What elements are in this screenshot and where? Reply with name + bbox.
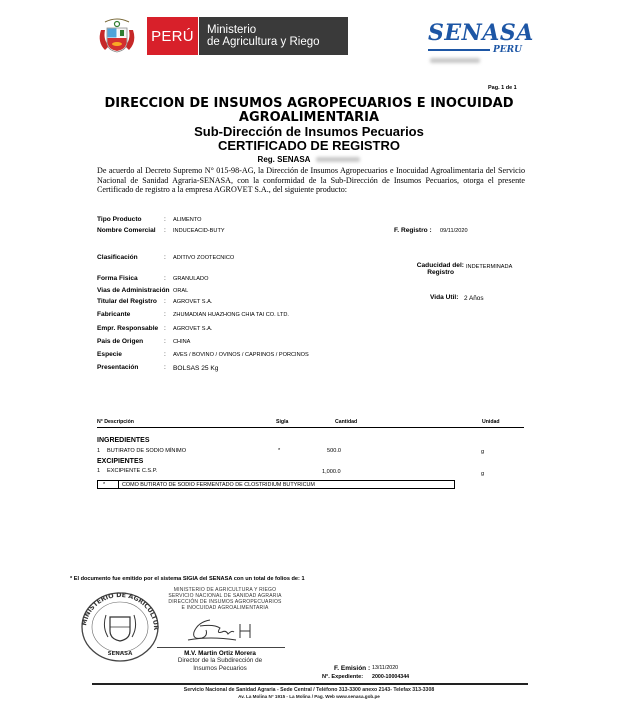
field-value: AVES / BOVINO / OVINOS / CAPRINOS / PORC… bbox=[173, 352, 309, 358]
expediente-value: 2000-10004344 bbox=[372, 674, 409, 680]
ingredient-unidad: g bbox=[481, 449, 484, 455]
vida-util-value: 2 Años bbox=[464, 295, 484, 302]
vida-util-label: Vida Util: bbox=[430, 294, 458, 301]
group-title-excipientes: EXCIPIENTES bbox=[97, 458, 143, 465]
field-value: BOLSAS 25 Kg bbox=[173, 365, 218, 372]
ministry-brand-block: Ministerio de Agricultura y Riego bbox=[199, 17, 348, 55]
field-value: ADITIVO ZOOTECNICO bbox=[173, 255, 234, 261]
reg-label: Reg. SENASA bbox=[258, 155, 311, 164]
excipient-unidad: g bbox=[481, 471, 484, 477]
peru-coat-of-arms-icon bbox=[97, 16, 137, 56]
emision-value: 13/11/2020 bbox=[372, 665, 398, 671]
field-colon: : bbox=[164, 298, 166, 305]
excipient-no: 1 bbox=[97, 468, 100, 474]
title-line-2: AGROALIMENTARIA bbox=[0, 111, 618, 125]
caducidad-value: INDETERMINADA bbox=[466, 264, 512, 270]
field-label: Clasificación bbox=[97, 254, 138, 261]
field-colon: : bbox=[164, 364, 166, 371]
field-value: AGROVET S.A. bbox=[173, 299, 212, 305]
registro-date-label: F. Registro : bbox=[394, 227, 432, 234]
emision-label: F. Emisión : bbox=[334, 665, 370, 672]
field-label: Tipo Producto bbox=[97, 216, 142, 223]
issuing-stamp: MINISTERIO DE AGRICULTURA Y RIEGO SERVIC… bbox=[160, 587, 290, 611]
col-header-no-descripcion: N° Descripción bbox=[97, 419, 134, 425]
composition-note: * COMO BUTIRATO DE SODIO FERMENTADO DE C… bbox=[97, 480, 455, 489]
address-line-2: Av. La Molina N° 1915 - La Molina / Pag.… bbox=[0, 694, 618, 700]
title-line-1: DIRECCION DE INSUMOS AGROPECUARIOS E INO… bbox=[0, 97, 618, 111]
field-value: GRANULADO bbox=[173, 276, 208, 282]
seal-bottom-text: SENASA bbox=[108, 651, 134, 657]
field-value: ORAL bbox=[173, 288, 188, 294]
table-header-rule bbox=[97, 427, 524, 428]
field-colon: : bbox=[164, 275, 166, 282]
field-value: INDUCEACID-BUTY bbox=[173, 228, 225, 234]
field-label: Forma Fisica bbox=[97, 275, 138, 282]
field-label: Especie bbox=[97, 351, 122, 358]
senasa-logo: SENASA PERU bbox=[428, 22, 528, 62]
field-value: CHINA bbox=[173, 339, 190, 345]
sigia-note: * El documento fue emitido por el sistem… bbox=[70, 576, 305, 582]
field-colon: : bbox=[164, 287, 166, 294]
certificate-title: CERTIFICADO DE REGISTRO bbox=[0, 138, 618, 153]
field-label: Fabricante bbox=[97, 311, 130, 318]
field-colon: : bbox=[164, 351, 166, 358]
peru-label: PERÚ bbox=[151, 28, 194, 45]
field-colon: : bbox=[164, 325, 166, 332]
col-header-unidad: Unidad bbox=[482, 419, 500, 425]
field-label: Empr. Responsable bbox=[97, 325, 158, 332]
ingredient-no: 1 bbox=[97, 448, 100, 454]
caducidad-label-line-1: Caducidad del: bbox=[400, 262, 464, 269]
note-separator bbox=[118, 481, 119, 488]
col-header-sigla: Sigla bbox=[276, 419, 288, 425]
senasa-country: PERU bbox=[493, 45, 522, 55]
field-value: ALIMENTO bbox=[173, 217, 202, 223]
signer-title-2: Insumos Pecuarios bbox=[150, 665, 290, 672]
col-header-cantidad: Cantidad bbox=[335, 419, 357, 425]
field-label: Titular del Registro bbox=[97, 298, 157, 305]
field-colon: : bbox=[164, 216, 166, 223]
senasa-registration: Reg. SENASA bbox=[0, 155, 618, 164]
peru-brand-block: PERÚ bbox=[147, 17, 198, 55]
excipient-description: EXCIPIENTE C.S.P. bbox=[107, 468, 157, 474]
field-colon: : bbox=[164, 338, 166, 345]
ingredient-description: BUTIRATO DE SODIO MÍNIMO bbox=[107, 448, 186, 454]
field-label: Pais de Origen bbox=[97, 338, 143, 345]
senasa-wordmark: SENASA bbox=[428, 22, 528, 44]
signer-block: M.V. Martin Ortiz Morera Director de la … bbox=[150, 650, 290, 672]
intro-paragraph: De acuerdo al Decreto Supremo N° 015-98-… bbox=[97, 166, 525, 195]
signer-title-1: Director de la Subdirección de bbox=[150, 657, 290, 664]
senasa-logo-rule bbox=[428, 49, 490, 51]
note-mark: * bbox=[103, 482, 105, 488]
field-value: AGROVET S.A. bbox=[173, 326, 212, 332]
caducidad-label-line-2: Registro bbox=[400, 269, 454, 276]
stamp-line-4: E INOCUIDAD AGROALIMENTARIA bbox=[160, 605, 290, 611]
field-colon: : bbox=[164, 311, 166, 318]
note-text: COMO BUTIRATO DE SODIO FERMENTADO DE CLO… bbox=[122, 482, 315, 488]
redacted-reg-number bbox=[316, 157, 360, 162]
field-label: Vias de Administración bbox=[97, 287, 170, 294]
signature-line bbox=[157, 647, 285, 648]
field-label: Presentación bbox=[97, 364, 138, 371]
address-line-1: Servicio Nacional de Sanidad Agraria - S… bbox=[0, 687, 618, 693]
redacted-code bbox=[430, 58, 480, 63]
footer-rule bbox=[92, 683, 528, 685]
field-colon: : bbox=[164, 254, 166, 261]
registro-date-value: 09/11/2020 bbox=[440, 228, 468, 234]
subdirection-title: Sub-Dirección de Insumos Pecuarios bbox=[0, 124, 618, 139]
seal-arc-text: MINISTERIO DE AGRICULTURA Y RIEGO bbox=[76, 589, 160, 630]
page-indicator: Pag. 1 de 1 bbox=[488, 85, 517, 91]
group-title-ingredientes: INGREDIENTES bbox=[97, 437, 150, 444]
ingredient-cantidad: 500.0 bbox=[327, 448, 341, 454]
expediente-label: N°. Expediente: bbox=[322, 674, 363, 680]
excipient-cantidad: 1,000.0 bbox=[322, 469, 341, 475]
field-colon: : bbox=[164, 227, 166, 234]
ingredient-sigla: * bbox=[278, 448, 280, 454]
ministry-line-1: Ministerio bbox=[207, 24, 348, 36]
field-value: ZHUMADIAN HUAZHONG CHIA TAI CO. LTD. bbox=[173, 312, 289, 318]
signature-icon bbox=[180, 618, 260, 644]
caducidad-label: Caducidad del: Registro bbox=[400, 262, 464, 276]
svg-text:MINISTERIO DE AGRICULTURA Y RI: MINISTERIO DE AGRICULTURA Y RIEGO bbox=[76, 589, 160, 630]
signer-name: M.V. Martin Ortiz Morera bbox=[184, 650, 256, 657]
ministry-line-2: de Agricultura y Riego bbox=[207, 36, 348, 48]
field-label: Nombre Comercial bbox=[97, 227, 156, 234]
